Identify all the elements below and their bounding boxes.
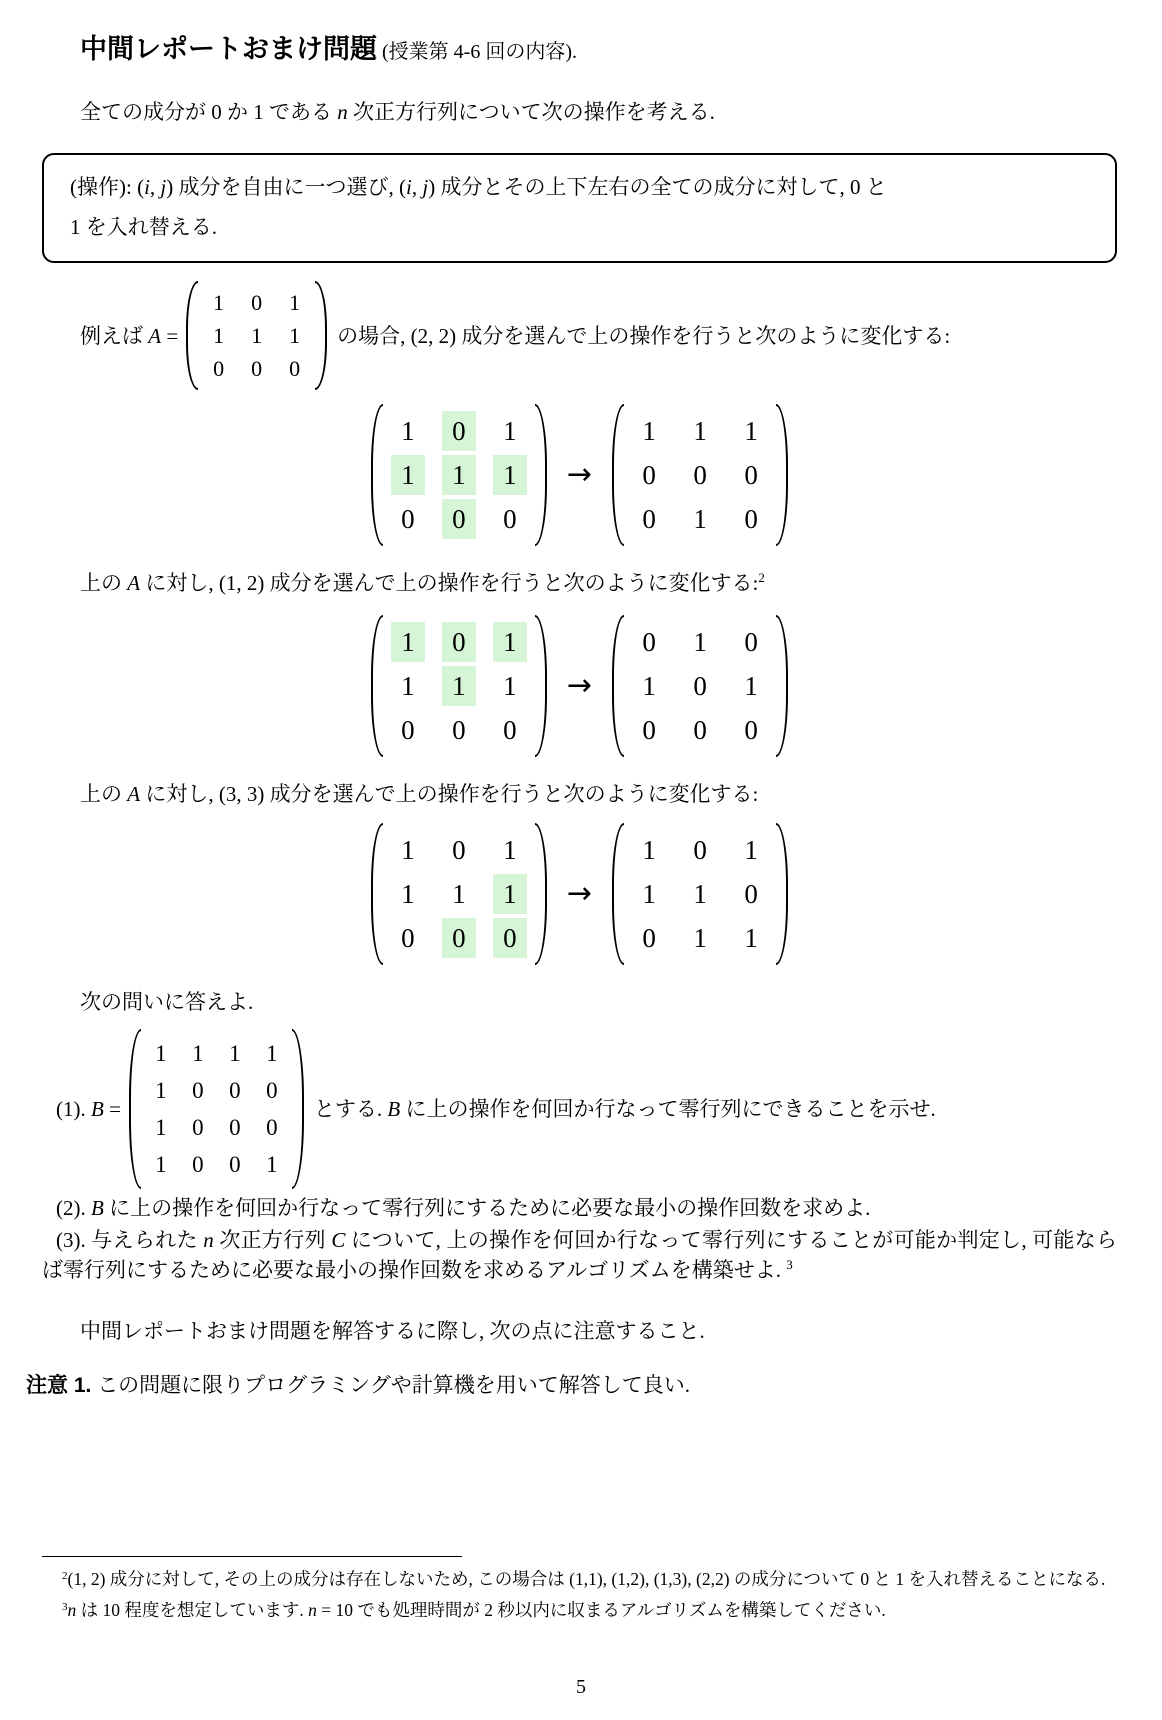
text-segment: = 10 でも処理時間が 2 秒以内に収まるアルゴリズムを構築してください. (317, 1600, 886, 1620)
text-segment: 上の (80, 571, 127, 595)
text-segment: n (308, 1600, 317, 1620)
matrix-cell: 0 (244, 353, 269, 384)
matrix-cell: 0 (632, 499, 666, 539)
matrix-cell: 0 (186, 1110, 210, 1145)
text-segment: 次の問いに答えよ. (80, 990, 253, 1014)
matrix-cell: 1 (493, 666, 527, 706)
text-segment: に上の操作を何回か行なって零行列にするために必要な最小の操作回数を求めよ. (104, 1196, 871, 1220)
text-segment: 1 を入れ替える. (70, 215, 217, 239)
text-segment: の場合, (2, 2) 成分を選んで上の操作を行うと次のように変化する: (337, 324, 950, 348)
matrix-grid: 010101000 (629, 615, 771, 757)
text-segment: 注意 1. (26, 1374, 97, 1397)
matrix-cell: 0 (206, 353, 231, 384)
matrix-grid: 101111000 (388, 404, 530, 546)
matrix-cell: 1 (632, 830, 666, 870)
transformation-1-left-matrix: 101111000 (371, 404, 547, 546)
text-segment: に対し, (3, 3) 成分を選んで上の操作を行うと次のように変化する: (140, 782, 758, 806)
matrix-grid: 101110011 (629, 823, 771, 965)
matrix-cell: 1 (734, 830, 768, 870)
intro-paragraph: 全ての成分が 0 か 1 である n 次正方行列について次の操作を考える. (42, 97, 1117, 127)
matrix-cell: 1 (223, 1036, 247, 1071)
matrix-cell: 0 (223, 1110, 247, 1145)
matrix-cell: 1 (493, 830, 527, 870)
page-title: 中間レポートおまけ問題 (授業第 4-6 回の内容). (80, 30, 1117, 67)
matrix-cell: 0 (632, 455, 666, 495)
footnote-rule (42, 1556, 462, 1557)
text-segment: この問題に限りプログラミングや計算機を用いて解答して良い. (97, 1373, 690, 1397)
matrix-cell: 1 (734, 666, 768, 706)
transformation-3: 101111000 → 101110011 (42, 823, 1117, 965)
matrix-grid: 101111000 (388, 823, 530, 965)
text-segment: A (148, 324, 161, 348)
matrix-cell: 1 (206, 320, 231, 351)
matrix-cell: 1 (391, 874, 425, 914)
matrix-cell: 0 (632, 622, 666, 662)
question-1-post-text: とする. B に上の操作を何回か行なって零行列にできることを示せ. (314, 1094, 936, 1124)
document-page: 中間レポートおまけ問題 (授業第 4-6 回の内容). 全ての成分が 0 か 1… (0, 0, 1162, 1720)
text-segment: 全ての成分が 0 か 1 である (80, 100, 337, 124)
matrix-cell: 1 (149, 1036, 173, 1071)
matrix-cell: 0 (391, 710, 425, 750)
text-segment: , (150, 175, 161, 199)
matrix-cell: 0 (244, 287, 269, 318)
text-segment: = (161, 324, 178, 348)
matrix-cell-highlighted: 1 (493, 455, 527, 495)
transformation-3-right-matrix: 101110011 (612, 823, 788, 965)
transformation-2-caption: 上の A に対し, (1, 2) 成分を選んで上の操作を行うと次のように変化する… (42, 568, 1117, 601)
matrix-cell: 0 (734, 622, 768, 662)
text-segment: 上の (80, 782, 127, 806)
matrix-cell: 1 (734, 918, 768, 958)
matrix-cell: 1 (442, 874, 476, 914)
matrix-cell: 1 (632, 411, 666, 451)
matrix-cell-highlighted: 0 (442, 622, 476, 662)
text-segment: A (127, 571, 140, 595)
matrix-cell: 0 (260, 1073, 284, 1108)
matrix-cell: 0 (186, 1147, 210, 1182)
text-segment: B (387, 1097, 400, 1121)
matrix-cell: 0 (632, 918, 666, 958)
matrix-cell-highlighted: 0 (442, 499, 476, 539)
matrix-cell: 0 (186, 1073, 210, 1108)
matrix-cell: 1 (683, 918, 717, 958)
page-number: 5 (0, 1672, 1162, 1702)
matrix-cell: 0 (683, 710, 717, 750)
matrix-cell: 0 (734, 874, 768, 914)
right-arrow-icon: → (567, 879, 592, 909)
transformation-1: 101111000 → 111000010 (42, 404, 1117, 546)
text-segment: A (127, 782, 140, 806)
text-segment: (操作): ( (70, 175, 144, 199)
example-pre-text: 例えば A = (80, 321, 178, 351)
footnote-marker: 2 (62, 1570, 68, 1582)
operation-box-line-2: 1 を入れ替える. (70, 207, 1089, 247)
footnote-marker: 2 (758, 570, 765, 585)
matrix-cell: 1 (683, 622, 717, 662)
questions-intro: 次の問いに答えよ. (42, 987, 1117, 1017)
matrix-cell-highlighted: 1 (442, 666, 476, 706)
matrix-cell: 0 (734, 455, 768, 495)
matrix-cell: 1 (734, 411, 768, 451)
example-line: 例えば A = 101111000 の場合, (2, 2) 成分を選んで上の操作… (42, 281, 1117, 390)
matrix-cell: 1 (632, 666, 666, 706)
matrix-cell-highlighted: 1 (493, 622, 527, 662)
question-1: (1). B = 1111100010001001 とする. B に上の操作を何… (42, 1029, 1117, 1189)
matrix-cell: 0 (391, 918, 425, 958)
operation-box: (操作): (i, j) 成分を自由に一つ選び, (i, j) 成分とその上下左… (42, 153, 1117, 263)
matrix-cell: 0 (442, 830, 476, 870)
matrix-a: 101111000 (186, 281, 327, 390)
text-segment: (3). 与えられた (56, 1228, 203, 1252)
transformation-2: 101111000 → 010101000 (42, 615, 1117, 757)
text-segment: とする. (314, 1097, 388, 1121)
question-1-pre-text: (1). B = (56, 1094, 121, 1124)
matrix-cell: 0 (734, 499, 768, 539)
matrix-cell-highlighted: 1 (391, 455, 425, 495)
matrix-cell: 1 (391, 411, 425, 451)
transformation-2-right-matrix: 010101000 (612, 615, 788, 757)
text-segment: (2). (56, 1196, 91, 1220)
matrix-cell-highlighted: 0 (493, 918, 527, 958)
text-segment: 次正方行列 (214, 1228, 332, 1252)
matrix-cell: 1 (149, 1073, 173, 1108)
page-title-sub: (授業第 4-6 回の内容). (377, 41, 577, 63)
text-segment: 中間レポートおまけ問題を解答するに際し, 次の点に注意すること. (80, 1319, 705, 1343)
matrix-cell: 0 (223, 1073, 247, 1108)
footnote-3: 3n は 10 程度を想定しています. n = 10 でも処理時間が 2 秒以内… (42, 1596, 1117, 1627)
page-title-main: 中間レポートおまけ問題 (80, 34, 377, 64)
example-post-text: の場合, (2, 2) 成分を選んで上の操作を行うと次のように変化する: (337, 321, 950, 351)
text-segment: n (337, 100, 348, 124)
text-segment: B (91, 1196, 104, 1220)
right-arrow-icon: → (567, 460, 592, 490)
matrix-cell: 0 (683, 455, 717, 495)
matrix-cell: 1 (282, 320, 307, 351)
text-segment: (1). (56, 1097, 91, 1121)
right-arrow-icon: → (567, 671, 592, 701)
matrix-cell: 1 (186, 1036, 210, 1071)
matrix-cell: 1 (683, 874, 717, 914)
question-2: (2). B に上の操作を何回か行なって零行列にするために必要な最小の操作回数を… (42, 1193, 1117, 1223)
matrix-cell: 0 (493, 710, 527, 750)
footnote-marker: 3 (62, 1601, 68, 1613)
footnote-area: 2(1, 2) 成分に対して, その上の成分は存在しないため, この場合は (1… (42, 1556, 1117, 1627)
operation-box-line-1: (操作): (i, j) 成分を自由に一つ選び, (i, j) 成分とその上下左… (70, 167, 1089, 207)
text-segment: 次正方行列について次の操作を考える. (348, 100, 715, 124)
matrix-cell-highlighted: 0 (442, 918, 476, 958)
closing-paragraph: 中間レポートおまけ問題を解答するに際し, 次の点に注意すること. (42, 1316, 1117, 1346)
footnote-marker: 3 (786, 1257, 793, 1272)
matrix-cell: 0 (683, 666, 717, 706)
matrix-cell-highlighted: 1 (442, 455, 476, 495)
text-segment: B (91, 1097, 104, 1121)
matrix-cell: 1 (260, 1036, 284, 1071)
transformation-1-right-matrix: 111000010 (612, 404, 788, 546)
matrix-cell: 1 (391, 666, 425, 706)
matrix-cell: 1 (282, 287, 307, 318)
text-segment: ) 成分とその上下左右の全ての成分に対して, 0 と (428, 175, 887, 199)
text-segment: ) 成分を自由に一つ選び, ( (166, 175, 406, 199)
text-segment: に上の操作を何回か行なって零行列にできることを示せ. (400, 1097, 936, 1121)
matrix-cell: 0 (734, 710, 768, 750)
transformation-2-left-matrix: 101111000 (371, 615, 547, 757)
matrix-grid: 1111100010001001 (146, 1029, 287, 1189)
question-3: (3). 与えられた n 次正方行列 C について, 上の操作を何回か行なって零… (42, 1225, 1117, 1288)
footnote-2: 2(1, 2) 成分に対して, その上の成分は存在しないため, この場合は (1… (42, 1565, 1117, 1596)
matrix-cell: 1 (149, 1110, 173, 1145)
matrix-cell: 0 (391, 499, 425, 539)
text-segment: は 10 程度を想定しています. (76, 1600, 308, 1620)
transformation-3-left-matrix: 101111000 (371, 823, 547, 965)
matrix-cell: 0 (282, 353, 307, 384)
matrix-cell: 0 (683, 830, 717, 870)
transformation-3-caption: 上の A に対し, (3, 3) 成分を選んで上の操作を行うと次のように変化する… (42, 779, 1117, 809)
matrix-cell: 0 (260, 1110, 284, 1145)
text-segment: n (68, 1600, 77, 1620)
matrix-grid: 111000010 (629, 404, 771, 546)
matrix-cell: 0 (223, 1147, 247, 1182)
text-segment: に対し, (1, 2) 成分を選んで上の操作を行うと次のように変化する: (140, 571, 758, 595)
matrix-cell: 1 (683, 411, 717, 451)
matrix-cell-highlighted: 1 (493, 874, 527, 914)
matrix-cell: 0 (493, 499, 527, 539)
matrix-cell: 1 (391, 830, 425, 870)
text-segment: 例えば (80, 324, 148, 348)
text-segment: n (203, 1228, 214, 1252)
matrix-cell: 1 (244, 320, 269, 351)
text-segment: = (104, 1097, 121, 1121)
matrix-b: 1111100010001001 (129, 1029, 304, 1189)
matrix-cell: 1 (149, 1147, 173, 1182)
matrix-cell: 1 (493, 411, 527, 451)
matrix-cell-highlighted: 0 (442, 411, 476, 451)
text-segment: C (331, 1228, 345, 1252)
matrix-cell-highlighted: 1 (391, 622, 425, 662)
matrix-cell: 1 (683, 499, 717, 539)
text-segment: , (412, 175, 423, 199)
matrix-cell: 0 (632, 710, 666, 750)
matrix-cell: 1 (206, 287, 231, 318)
remark-1: 注意 1. この問題に限りプログラミングや計算機を用いて解答して良い. (26, 1370, 1117, 1401)
matrix-grid: 101111000 (388, 615, 530, 757)
matrix-cell: 0 (442, 710, 476, 750)
matrix-grid: 101111000 (203, 281, 310, 390)
matrix-cell: 1 (632, 874, 666, 914)
text-segment: (1, 2) 成分に対して, その上の成分は存在しないため, この場合は (1,… (68, 1569, 1106, 1589)
matrix-cell: 1 (260, 1147, 284, 1182)
